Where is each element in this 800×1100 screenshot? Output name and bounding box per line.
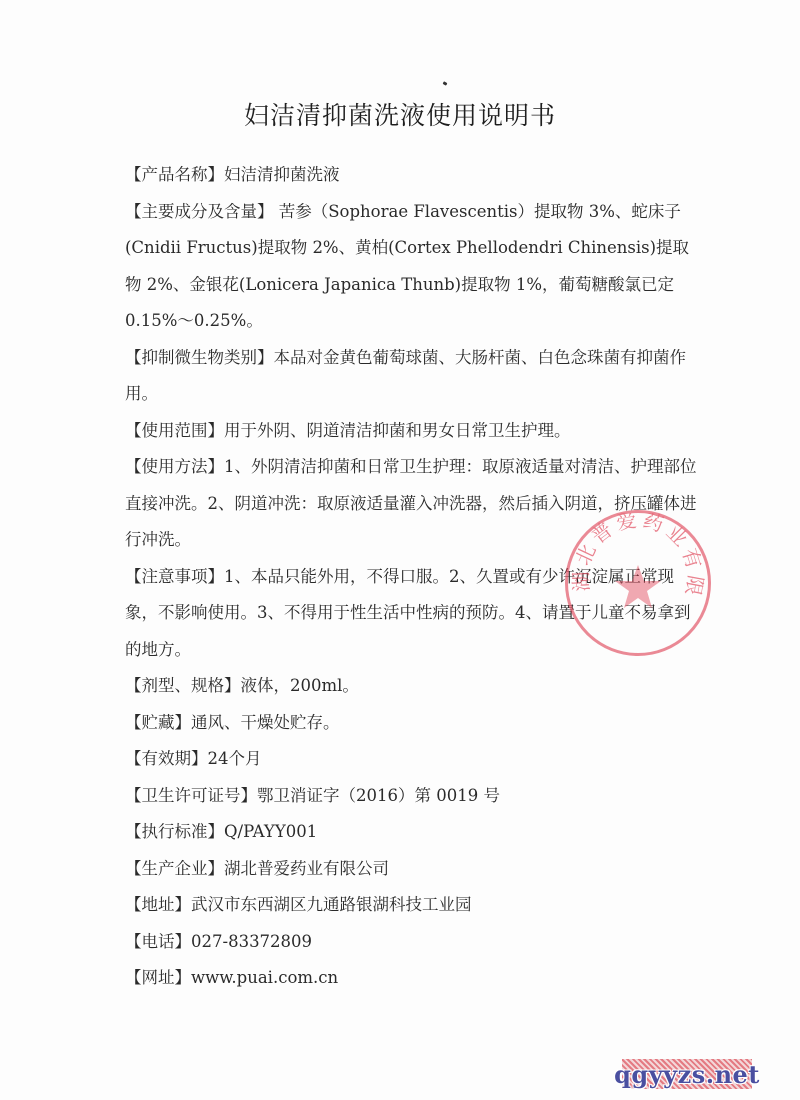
section-label: 【产品名称】 <box>125 165 224 184</box>
site-watermark: qgyyzs.net <box>622 1059 752 1089</box>
page-title: 妇洁清抑菌洗液使用说明书 <box>0 96 800 132</box>
section-label: 【剂型、规格】 <box>125 676 241 695</box>
section-license: 【卫生许可证号】鄂卫消证字（2016）第 0019 号 <box>125 778 705 815</box>
document-body: 【产品名称】妇洁清抑菌洗液 【主要成分及含量】 苦参（Sophorae Flav… <box>125 157 705 997</box>
section-label: 【贮藏】 <box>125 713 191 732</box>
section-manufacturer: 【生产企业】湖北普爱药业有限公司 <box>125 851 705 888</box>
section-address: 【地址】武汉市东西湖区九通路银湖科技工业园 <box>125 887 705 924</box>
section-label: 【有效期】 <box>125 749 208 768</box>
section-text: www.puai.com.cn <box>191 968 338 987</box>
scan-speck <box>443 81 448 86</box>
section-label: 【电话】 <box>125 932 191 951</box>
section-text: 鄂卫消证字（2016）第 0019 号 <box>257 786 500 805</box>
section-precautions: 【注意事项】1、本品只能外用，不得口服。2、久置或有少许沉淀属正常现象，不影响使… <box>125 559 705 669</box>
section-label: 【地址】 <box>125 895 191 914</box>
section-text: 妇洁清抑菌洗液 <box>224 165 340 184</box>
section-shelf-life: 【有效期】24个月 <box>125 741 705 778</box>
section-text: 24个月 <box>208 749 262 768</box>
section-form-spec: 【剂型、规格】液体，200ml。 <box>125 668 705 705</box>
section-text: 027-83372809 <box>191 932 312 951</box>
section-product-name: 【产品名称】妇洁清抑菌洗液 <box>125 157 705 194</box>
section-standard: 【执行标准】Q/PAYY001 <box>125 814 705 851</box>
section-text: 液体，200ml。 <box>241 676 359 695</box>
section-label: 【生产企业】 <box>125 859 224 878</box>
section-website: 【网址】www.puai.com.cn <box>125 960 705 997</box>
section-label: 【抑制微生物类别】 <box>125 348 274 367</box>
section-text: 通风、干燥处贮存。 <box>191 713 340 732</box>
section-label: 【注意事项】 <box>125 567 224 586</box>
section-label: 【使用方法】 <box>125 457 224 476</box>
section-text: 用于外阴、阴道清洁抑菌和男女日常卫生护理。 <box>224 421 571 440</box>
section-usage: 【使用方法】1、外阴清洁抑菌和日常卫生护理：取原液适量对清洁、护理部位直接冲洗。… <box>125 449 705 559</box>
section-text: Q/PAYY001 <box>224 822 317 841</box>
section-phone: 【电话】027-83372809 <box>125 924 705 961</box>
section-ingredients: 【主要成分及含量】 苦参（Sophorae Flavescentis）提取物 3… <box>125 194 705 340</box>
section-text: 武汉市东西湖区九通路银湖科技工业园 <box>191 895 472 914</box>
section-label: 【网址】 <box>125 968 191 987</box>
section-label: 【使用范围】 <box>125 421 224 440</box>
section-label: 【执行标准】 <box>125 822 224 841</box>
section-text: 湖北普爱药业有限公司 <box>224 859 389 878</box>
section-storage: 【贮藏】通风、干燥处贮存。 <box>125 705 705 742</box>
section-scope: 【使用范围】用于外阴、阴道清洁抑菌和男女日常卫生护理。 <box>125 413 705 450</box>
section-microbes: 【抑制微生物类别】本品对金黄色葡萄球菌、大肠杆菌、白色念珠菌有抑菌作用。 <box>125 340 705 413</box>
section-label: 【主要成分及含量】 <box>125 202 274 221</box>
section-label: 【卫生许可证号】 <box>125 786 257 805</box>
